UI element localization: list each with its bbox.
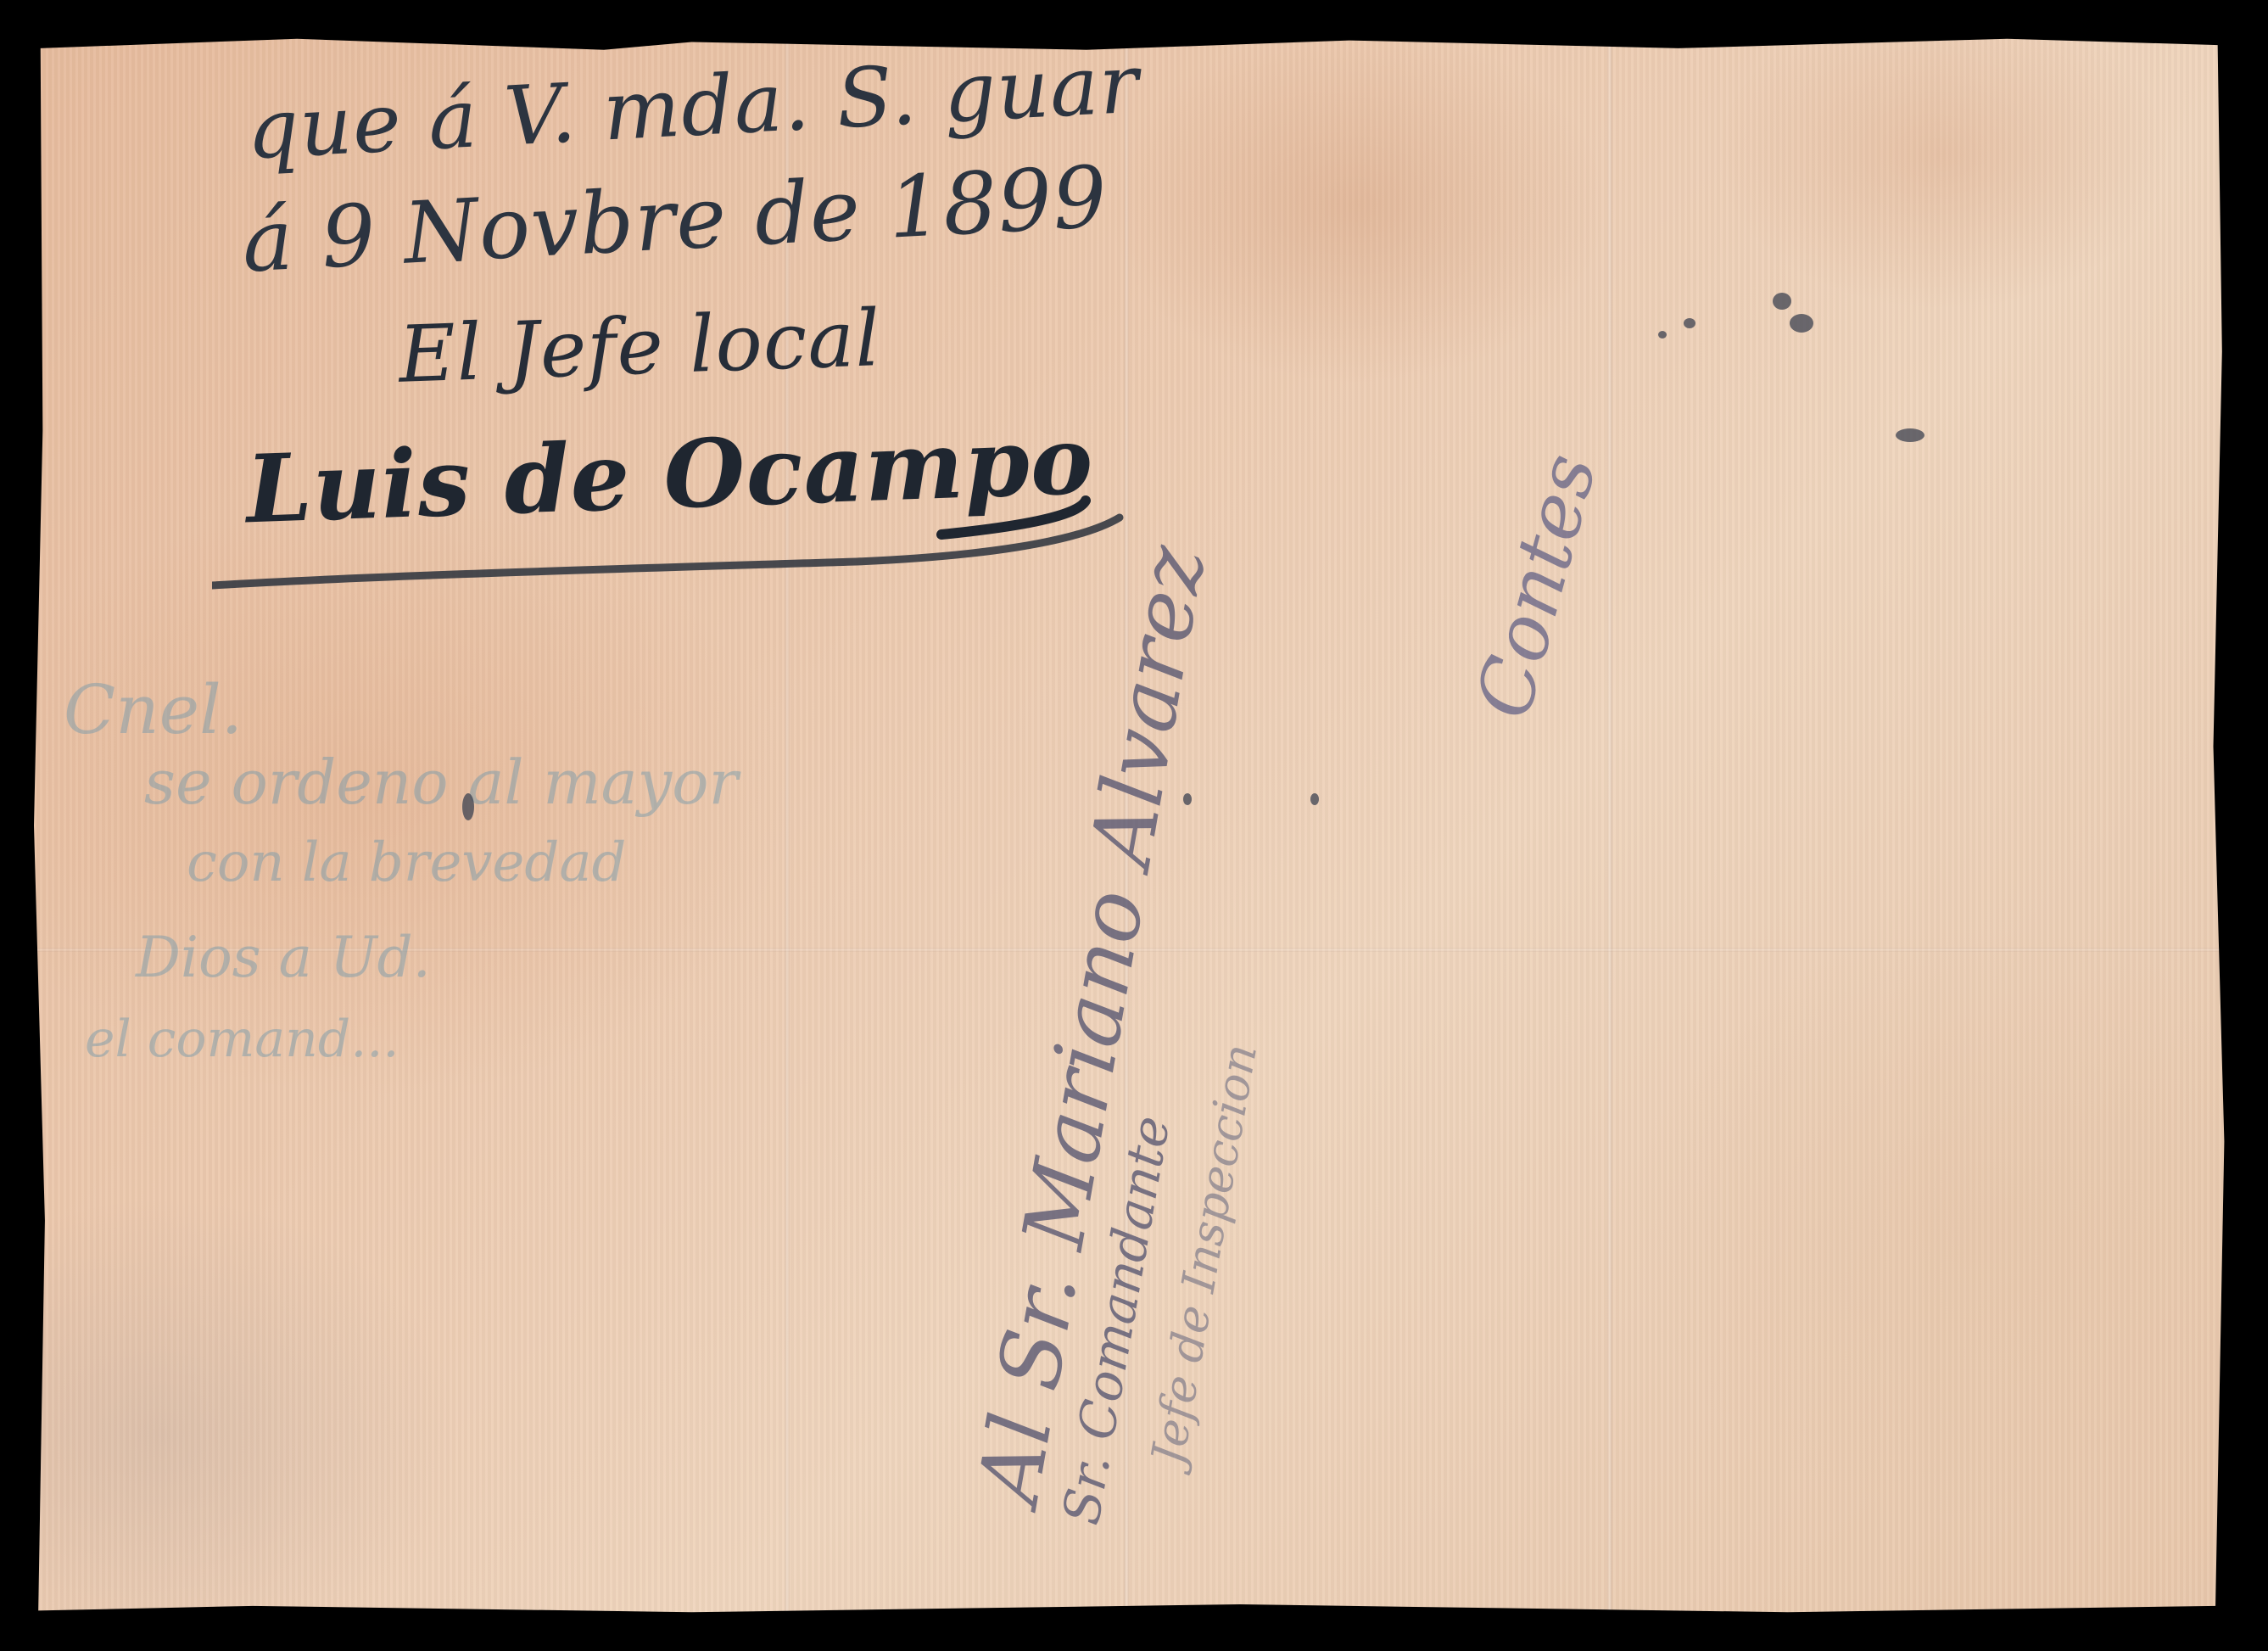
ink-stain — [1310, 793, 1319, 805]
ink-stain — [462, 793, 474, 820]
ink-stain — [1790, 314, 1813, 333]
ink-stain — [1896, 428, 1924, 442]
show-through-text: Dios a Ud. — [136, 925, 431, 990]
show-through-text: el comand... — [85, 1010, 399, 1069]
ink-stain — [1183, 793, 1192, 805]
title-line: El Jefe local — [397, 293, 882, 400]
ink-stain — [1773, 293, 1791, 310]
fold-crease — [785, 36, 790, 1615]
ink-stain — [1658, 331, 1667, 339]
show-through-text: Cnel. — [64, 670, 243, 749]
fold-crease — [1607, 36, 1612, 1615]
signature-flourish — [212, 484, 1128, 602]
show-through-text: se ordeno al mayor — [144, 747, 738, 818]
ink-stain — [1684, 318, 1695, 328]
show-through-text: con la brevedad — [187, 831, 626, 894]
